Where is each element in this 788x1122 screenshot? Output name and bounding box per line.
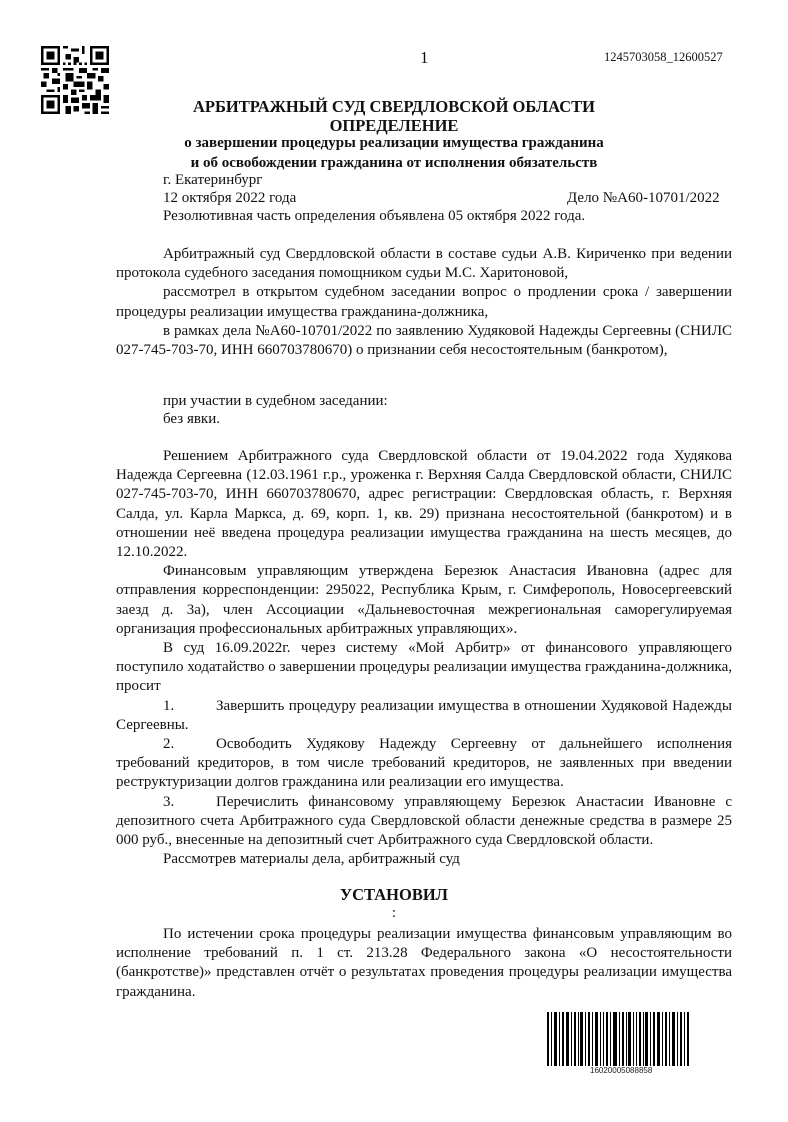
subject-line-1: о завершении процедуры реализации имущес… <box>0 135 788 152</box>
request-number: 2. <box>163 735 216 754</box>
participation-value: без явки. <box>163 411 220 428</box>
document-type: ОПРЕДЕЛЕНИЕ <box>0 116 788 136</box>
request-item: 2.Освободить Худякову Надежду Сергеевну … <box>116 735 732 793</box>
document-date: 12 октября 2022 года <box>163 190 296 207</box>
request-number: 1. <box>163 697 216 716</box>
barcode-icon <box>547 1012 689 1066</box>
intro-paragraph: Арбитражный суд Свердловской области в с… <box>116 245 732 283</box>
established-colon: : <box>0 905 788 922</box>
intro-paragraph: в рамках дела №А60-10701/2022 по заявлен… <box>116 322 732 360</box>
established-section: По истечении срока процедуры реализации … <box>116 925 732 1002</box>
body-paragraph: В суд 16.09.2022г. через систему «Мой Ар… <box>116 639 732 697</box>
page-number: 1 <box>420 48 429 68</box>
request-number: 3. <box>163 793 216 812</box>
city: г. Екатеринбург <box>163 172 262 189</box>
body-section: Решением Арбитражного суда Свердловской … <box>116 447 732 869</box>
document-id: 1245703058_12600527 <box>604 50 723 65</box>
body-paragraph: Решением Арбитражного суда Свердловской … <box>116 447 732 562</box>
intro-section: Арбитражный суд Свердловской области в с… <box>116 245 732 360</box>
considered-line: Рассмотрев материалы дела, арбитражный с… <box>116 850 732 869</box>
body-paragraph: Финансовым управляющим утверждена Березю… <box>116 562 732 639</box>
request-item: 3.Перечислить финансовому управляющему Б… <box>116 793 732 851</box>
subject-line-2: и об освобождении гражданина от исполнен… <box>0 155 788 172</box>
intro-paragraph: рассмотрел в открытом судебном заседании… <box>116 283 732 321</box>
established-paragraph: По истечении срока процедуры реализации … <box>116 925 732 1002</box>
request-item: 1.Завершить процедуру реализации имущест… <box>116 697 732 735</box>
court-name: АРБИТРАЖНЫЙ СУД СВЕРДЛОВСКОЙ ОБЛАСТИ <box>0 97 788 117</box>
participation-label: при участии в судебном заседании: <box>163 393 388 410</box>
established-heading: УСТАНОВИЛ <box>0 885 788 905</box>
resolution-note: Резолютивная часть определения объявлена… <box>163 208 585 225</box>
barcode-number: 16020005088858 <box>590 1066 652 1075</box>
case-number: Дело №А60-10701/2022 <box>567 190 720 207</box>
